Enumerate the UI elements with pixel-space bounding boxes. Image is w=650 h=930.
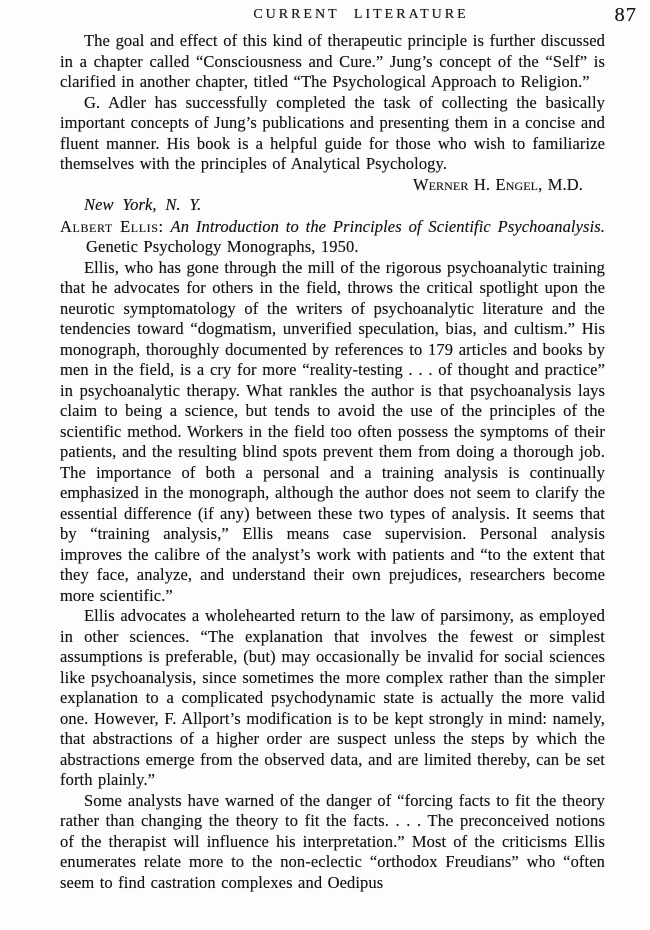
reviewer-location: New York, N. Y. (60, 195, 605, 216)
citation-author: Albert Ellis: (60, 217, 164, 236)
paragraph-adler-summary: G. Adler has successfully completed the … (60, 93, 605, 175)
reviewer-signature: Werner H. Engel, M.D. (60, 175, 605, 196)
page-body: The goal and effect of this kind of ther… (0, 31, 650, 893)
paragraph-ellis-critique: Ellis, who has gone through the mill of … (60, 258, 605, 607)
running-title: CURRENT LITERATURE (36, 7, 650, 23)
citation-source: Genetic Psychology Monographs, 1950. (86, 237, 359, 256)
paragraph-forcing-facts: Some analysts have warned of the danger … (60, 791, 605, 894)
page-number: 87 (615, 4, 638, 27)
book-citation: Albert Ellis: An Introduction to the Pri… (60, 217, 605, 258)
citation-title: An Introduction to the Principles of Sci… (171, 217, 605, 236)
paragraph-therapeutic-principle: The goal and effect of this kind of ther… (60, 31, 605, 93)
journal-page: CURRENT LITERATURE 87 The goal and effec… (0, 0, 650, 930)
page-header: CURRENT LITERATURE 87 (0, 7, 650, 25)
paragraph-parsimony: Ellis advocates a wholehearted return to… (60, 606, 605, 791)
